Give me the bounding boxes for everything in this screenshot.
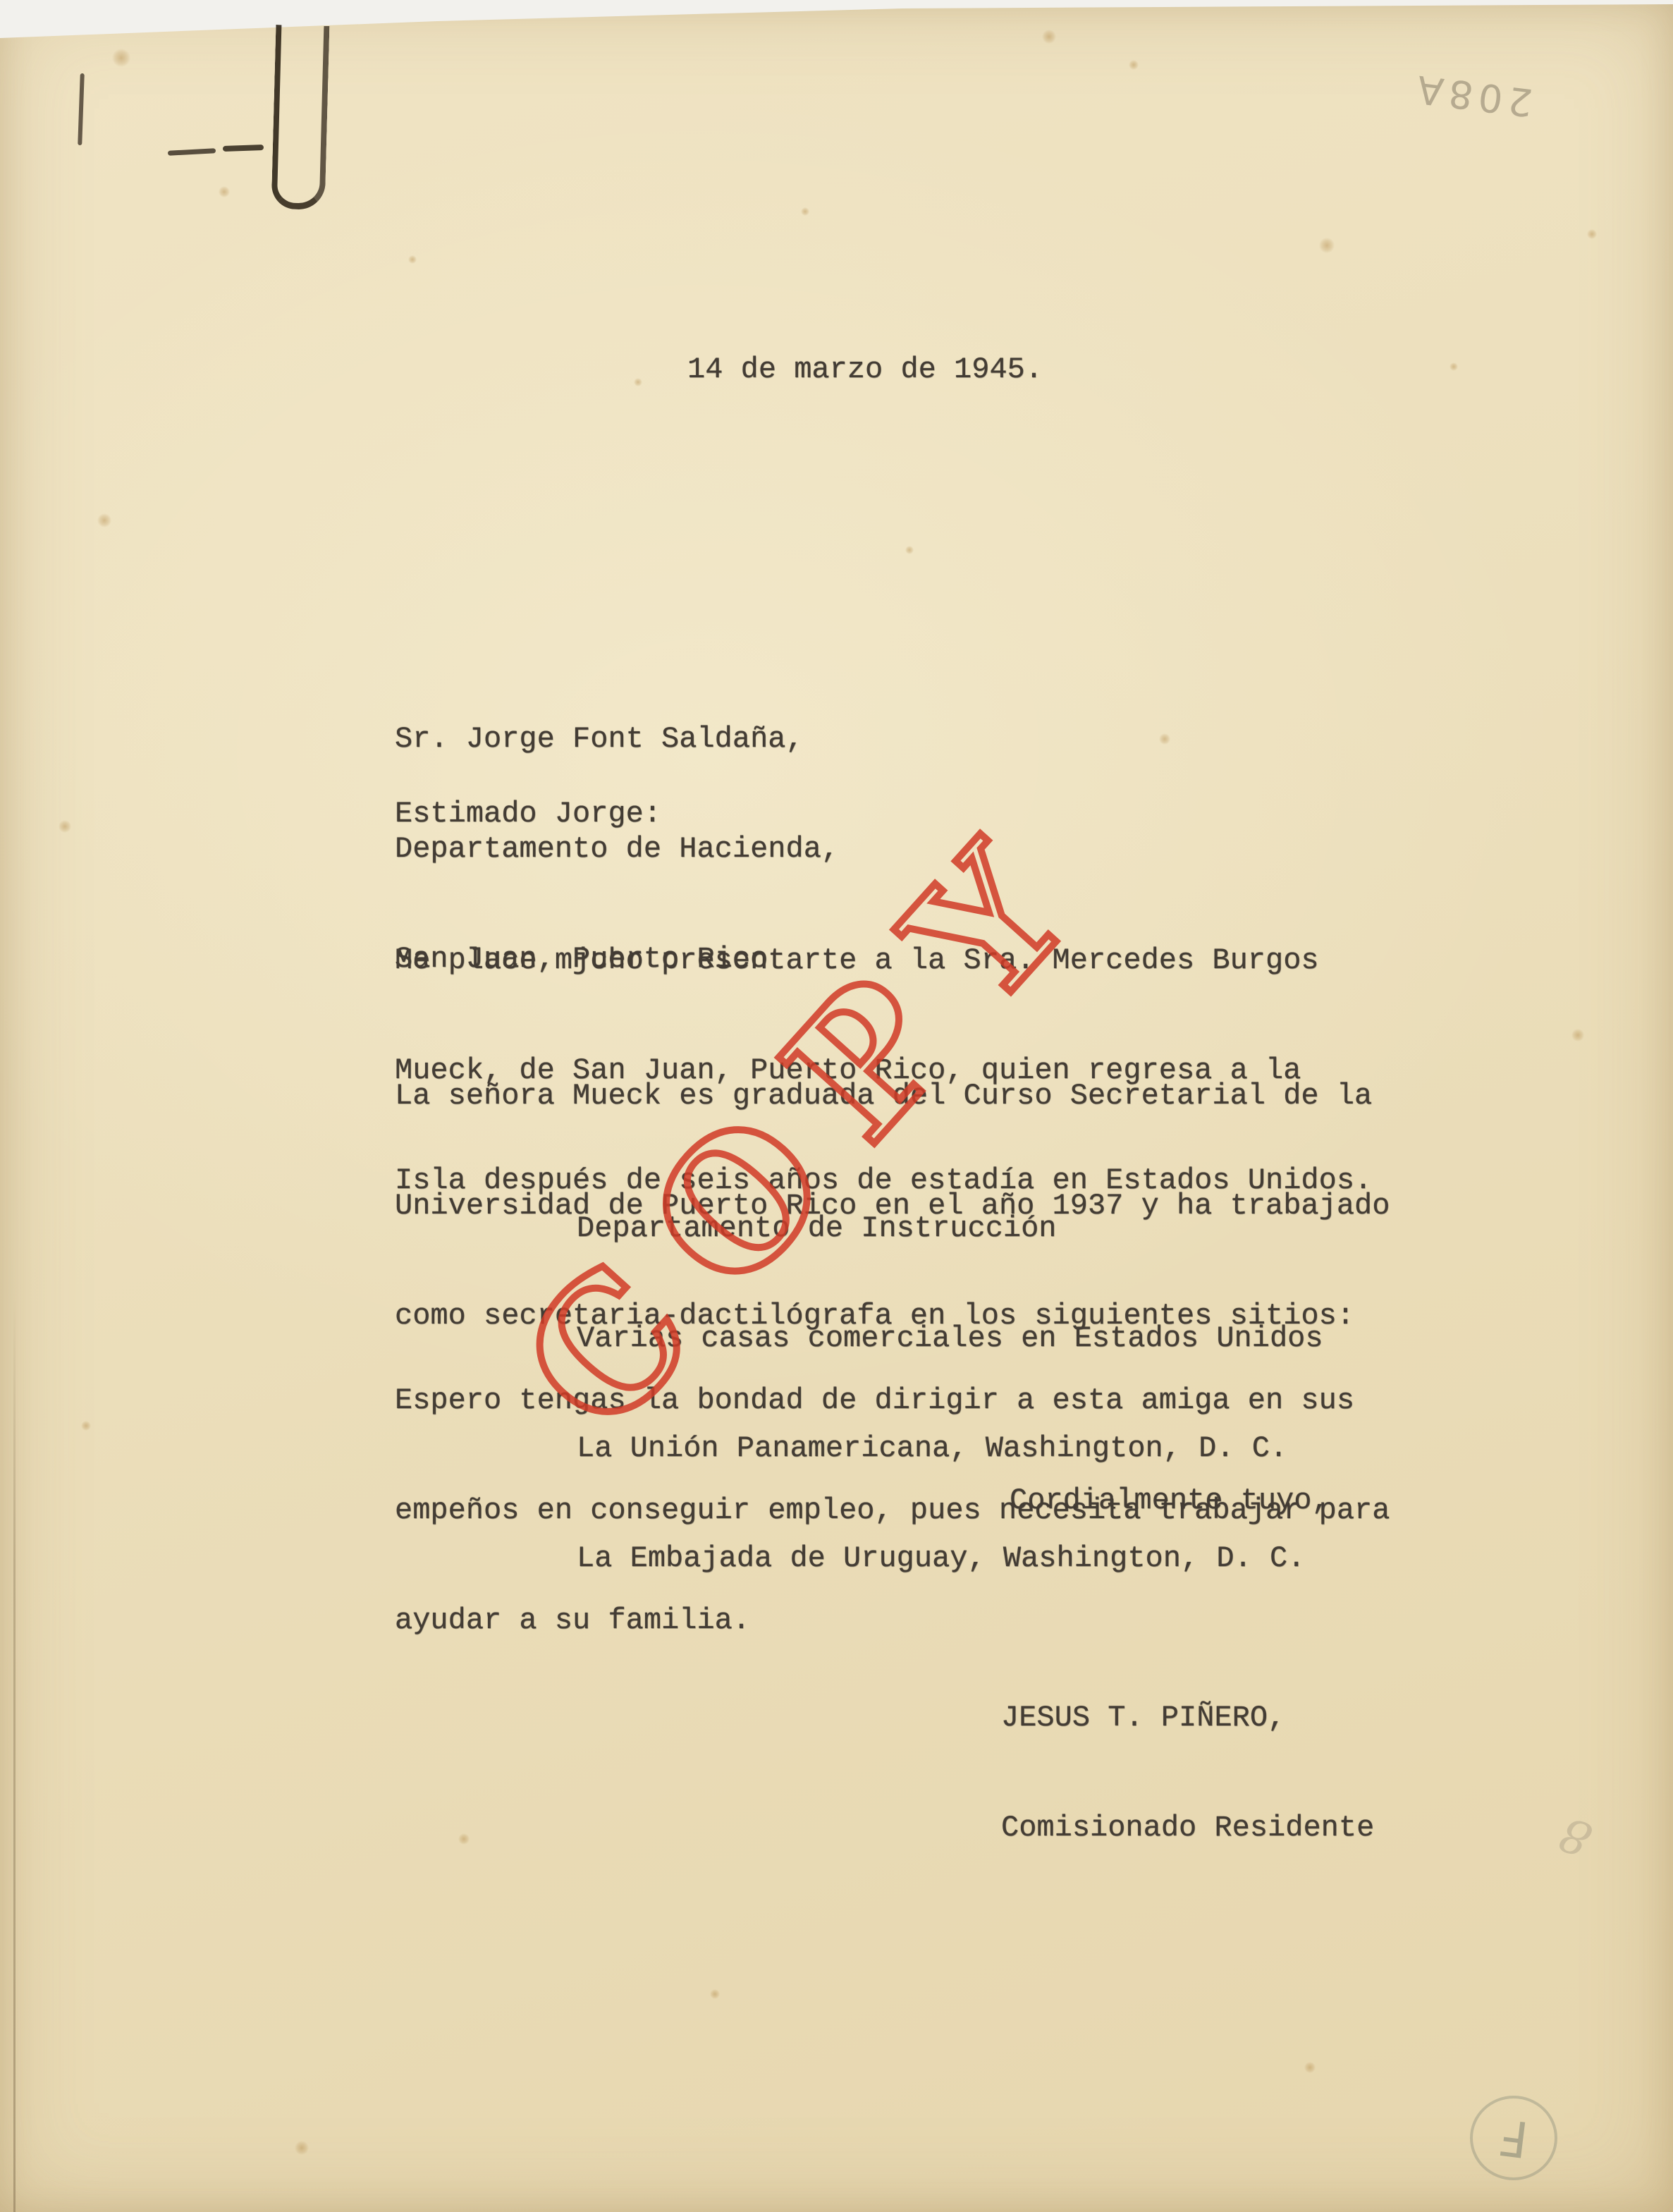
foxing-spot <box>81 1421 91 1431</box>
pencil-squiggle: 8 <box>1552 1806 1599 1867</box>
scanned-letter-page: 208A 14 de marzo de 1945. Sr. Jorge Font… <box>0 0 1673 2212</box>
foxing-spot <box>1450 362 1458 371</box>
foxing-spot <box>801 207 809 216</box>
scanner-edge-strip <box>0 0 1673 42</box>
foxing-spot <box>97 513 111 527</box>
paperclip-mark-vertical <box>78 73 85 145</box>
foxing-spot <box>905 546 914 554</box>
foxing-spot <box>1129 60 1139 70</box>
date-line: 14 de marzo de 1945. <box>687 351 1043 388</box>
foxing-spot <box>112 49 130 67</box>
copy-stamp: COPY <box>388 698 1234 1544</box>
paperclip-mark-horizontal-2 <box>223 145 264 152</box>
foxing-spot <box>219 186 230 197</box>
foxing-spot <box>408 255 417 264</box>
foxing-spot <box>1571 1029 1584 1041</box>
foxing-spot <box>1587 229 1597 239</box>
paperclip-mark-horizontal-1 <box>168 148 216 156</box>
foxing-spot <box>710 1989 720 1999</box>
paper-edge-line <box>13 1297 16 2212</box>
foxing-spot <box>458 1833 470 1845</box>
signature-name: JESUS T. PIÑERO, <box>1001 1699 1374 1736</box>
signature-title: Comisionado Residente <box>1001 1809 1374 1846</box>
signature-block: JESUS T. PIÑERO, Comisionado Residente <box>1001 1626 1374 1919</box>
foxing-spot <box>1159 733 1170 745</box>
foxing-spot <box>295 2141 309 2155</box>
foxing-spot <box>59 820 71 833</box>
paperclip-stain <box>271 25 330 210</box>
foxing-spot <box>1304 2062 1316 2073</box>
copy-stamp-text: COPY <box>483 774 1139 1469</box>
circled-f-annotation: F <box>1470 2096 1557 2180</box>
foxing-spot <box>634 378 642 386</box>
foxing-spot <box>1319 238 1335 253</box>
foxing-spot <box>1042 30 1056 44</box>
circled-f-letter: F <box>1496 2108 1531 2168</box>
pencil-note-top-right: 208A <box>1409 66 1535 125</box>
